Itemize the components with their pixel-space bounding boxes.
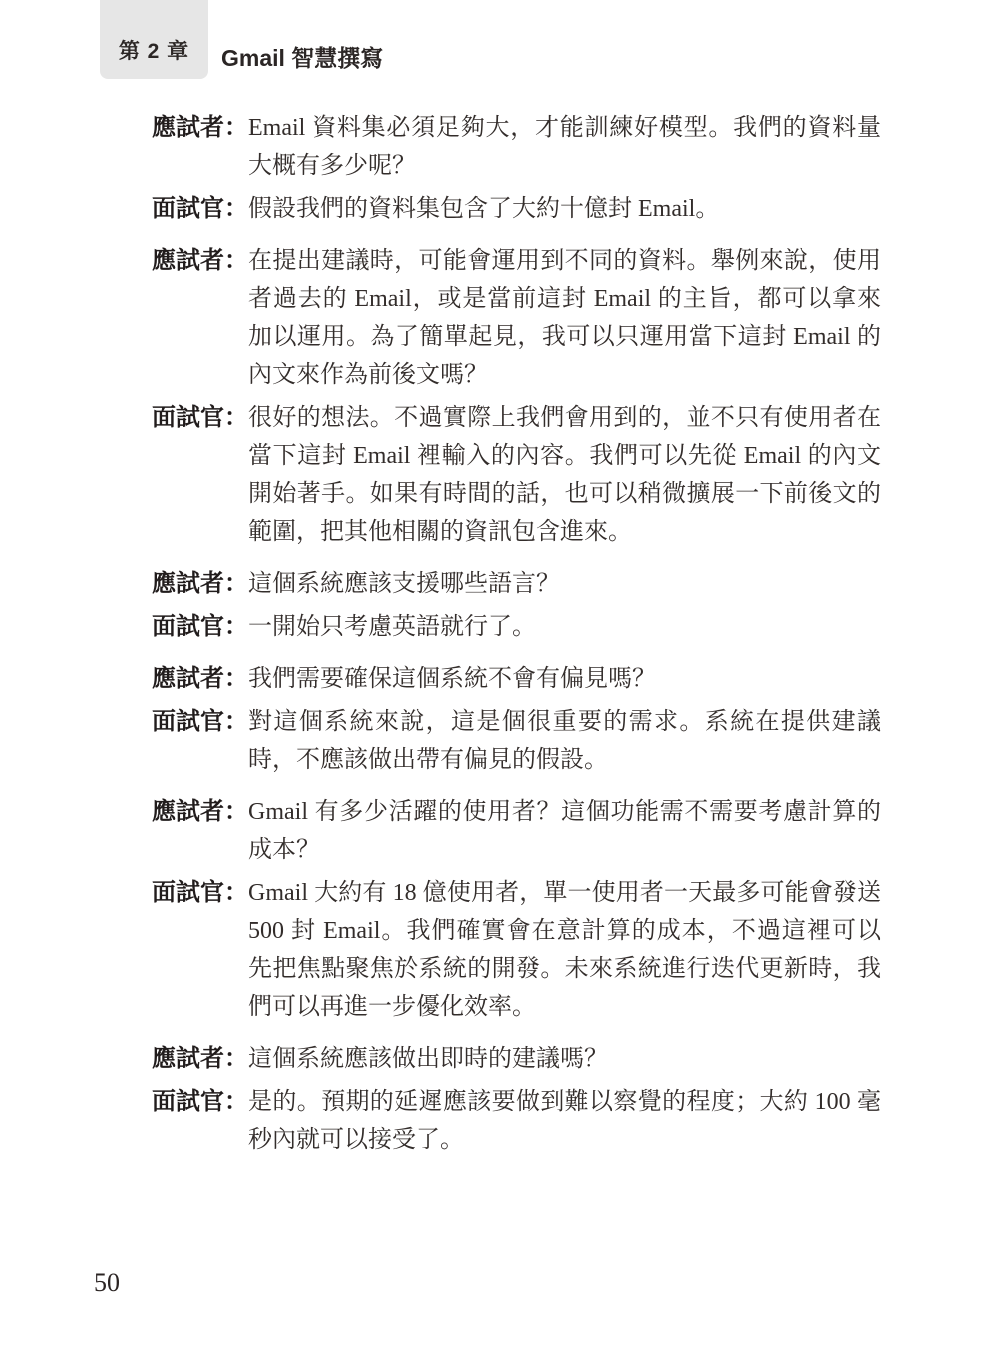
speaker-label-group: 應試者： bbox=[152, 242, 248, 394]
qa-group: 應試者：這個系統應該支援哪些語言？面試官：一開始只考慮英語就行了。 bbox=[152, 565, 881, 646]
speaker-colon: ： bbox=[224, 703, 248, 779]
chapter-title: Gmail 智慧撰寫 bbox=[221, 40, 383, 73]
qa-group: 應試者：我們需要確保這個系統不會有偏見嗎？面試官：對這個系統來說，這是個很重要的… bbox=[152, 660, 881, 779]
turn-text: 假設我們的資料集包含了大約十億封 Email。 bbox=[248, 190, 881, 228]
speaker-label-group: 面試官： bbox=[152, 874, 248, 1026]
turn-row: 面試官：對這個系統來說，這是個很重要的需求。系統在提供建議時，不應該做出帶有偏見… bbox=[152, 703, 881, 779]
turn-row: 應試者：Email 資料集必須足夠大，才能訓練好模型。我們的資料量大概有多少呢？ bbox=[152, 109, 881, 185]
turn-text: 很好的想法。不過實際上我們會用到的，並不只有使用者在當下這封 Email 裡輸入… bbox=[248, 399, 881, 551]
page-number: 50 bbox=[94, 1268, 120, 1298]
speaker-label-group: 面試官： bbox=[152, 703, 248, 779]
turn-text: 我們需要確保這個系統不會有偏見嗎？ bbox=[248, 660, 881, 698]
speaker-name: 應試者 bbox=[152, 660, 224, 698]
turn-row: 面試官：Gmail 大約有 18 億使用者，單一使用者一天最多可能會發送 500… bbox=[152, 874, 881, 1026]
speaker-name: 面試官 bbox=[152, 608, 224, 646]
speaker-colon: ： bbox=[224, 1083, 248, 1159]
speaker-name: 應試者 bbox=[152, 1040, 224, 1078]
speaker-colon: ： bbox=[224, 565, 248, 603]
turn-text: 在提出建議時，可能會運用到不同的資料。舉例來說，使用者過去的 Email，或是當… bbox=[248, 242, 881, 394]
speaker-label-group: 面試官： bbox=[152, 399, 248, 551]
speaker-colon: ： bbox=[224, 1040, 248, 1078]
turn-text: Email 資料集必須足夠大，才能訓練好模型。我們的資料量大概有多少呢？ bbox=[248, 109, 881, 185]
qa-group: 應試者：在提出建議時，可能會運用到不同的資料。舉例來說，使用者過去的 Email… bbox=[152, 242, 881, 551]
speaker-label-group: 面試官： bbox=[152, 1083, 248, 1159]
turn-row: 面試官：假設我們的資料集包含了大約十億封 Email。 bbox=[152, 190, 881, 228]
turn-row: 應試者：這個系統應該做出即時的建議嗎？ bbox=[152, 1040, 881, 1078]
chapter-label: 第 2 章 bbox=[119, 35, 189, 65]
turn-text: 一開始只考慮英語就行了。 bbox=[248, 608, 881, 646]
speaker-name: 面試官 bbox=[152, 1083, 224, 1159]
speaker-name: 面試官 bbox=[152, 703, 224, 779]
turn-text: 對這個系統來說，這是個很重要的需求。系統在提供建議時，不應該做出帶有偏見的假設。 bbox=[248, 703, 881, 779]
turn-row: 面試官：一開始只考慮英語就行了。 bbox=[152, 608, 881, 646]
turn-text: 這個系統應該做出即時的建議嗎？ bbox=[248, 1040, 881, 1078]
speaker-label-group: 應試者： bbox=[152, 660, 248, 698]
speaker-label-group: 面試官： bbox=[152, 190, 248, 228]
speaker-colon: ： bbox=[224, 793, 248, 869]
speaker-label-group: 應試者： bbox=[152, 109, 248, 185]
speaker-name: 面試官 bbox=[152, 190, 224, 228]
speaker-name: 應試者 bbox=[152, 242, 224, 394]
speaker-label-group: 應試者： bbox=[152, 793, 248, 869]
speaker-colon: ： bbox=[224, 660, 248, 698]
speaker-label-group: 面試官： bbox=[152, 608, 248, 646]
qa-group: 應試者：Gmail 有多少活躍的使用者？這個功能需不需要考慮計算的成本？面試官：… bbox=[152, 793, 881, 1026]
speaker-name: 應試者 bbox=[152, 793, 224, 869]
turn-text: 這個系統應該支援哪些語言？ bbox=[248, 565, 881, 603]
speaker-colon: ： bbox=[224, 242, 248, 394]
speaker-colon: ： bbox=[224, 190, 248, 228]
turn-row: 應試者：這個系統應該支援哪些語言？ bbox=[152, 565, 881, 603]
speaker-colon: ： bbox=[224, 608, 248, 646]
book-page: 第 2 章 Gmail 智慧撰寫 應試者：Email 資料集必須足夠大，才能訓練… bbox=[0, 0, 1000, 1353]
speaker-colon: ： bbox=[224, 874, 248, 1026]
dialogue: 應試者：Email 資料集必須足夠大，才能訓練好模型。我們的資料量大概有多少呢？… bbox=[152, 109, 881, 1173]
speaker-name: 應試者 bbox=[152, 109, 224, 185]
turn-text: Gmail 有多少活躍的使用者？這個功能需不需要考慮計算的成本？ bbox=[248, 793, 881, 869]
speaker-name: 面試官 bbox=[152, 399, 224, 551]
qa-group: 應試者：這個系統應該做出即時的建議嗎？面試官：是的。預期的延遲應該要做到難以察覺… bbox=[152, 1040, 881, 1159]
turn-text: Gmail 大約有 18 億使用者，單一使用者一天最多可能會發送 500 封 E… bbox=[248, 874, 881, 1026]
turn-row: 應試者：在提出建議時，可能會運用到不同的資料。舉例來說，使用者過去的 Email… bbox=[152, 242, 881, 394]
speaker-label-group: 應試者： bbox=[152, 1040, 248, 1078]
speaker-name: 應試者 bbox=[152, 565, 224, 603]
speaker-label-group: 應試者： bbox=[152, 565, 248, 603]
turn-row: 面試官：是的。預期的延遲應該要做到難以察覺的程度；大約 100 毫秒內就可以接受… bbox=[152, 1083, 881, 1159]
qa-group: 應試者：Email 資料集必須足夠大，才能訓練好模型。我們的資料量大概有多少呢？… bbox=[152, 109, 881, 228]
turn-row: 應試者：我們需要確保這個系統不會有偏見嗎？ bbox=[152, 660, 881, 698]
turn-text: 是的。預期的延遲應該要做到難以察覺的程度；大約 100 毫秒內就可以接受了。 bbox=[248, 1083, 881, 1159]
speaker-colon: ： bbox=[224, 399, 248, 551]
chapter-tab: 第 2 章 bbox=[100, 0, 208, 79]
turn-row: 面試官：很好的想法。不過實際上我們會用到的，並不只有使用者在當下這封 Email… bbox=[152, 399, 881, 551]
turn-row: 應試者：Gmail 有多少活躍的使用者？這個功能需不需要考慮計算的成本？ bbox=[152, 793, 881, 869]
speaker-colon: ： bbox=[224, 109, 248, 185]
speaker-name: 面試官 bbox=[152, 874, 224, 1026]
